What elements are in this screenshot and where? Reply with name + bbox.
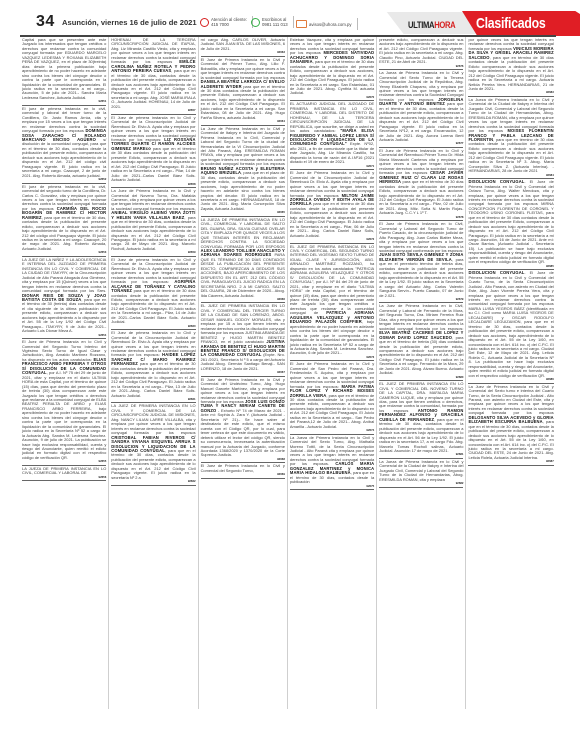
notice-text: mi cargo Abg. CARLOS OLIVER, Actuario Ju… (201, 37, 285, 51)
notice-text: para que en el término de 30 días contad… (111, 361, 195, 397)
notice-text: para que en el término de 30 días contad… (201, 84, 285, 120)
legal-notice: La Juez de Primera Instancia en lo Civil… (379, 303, 463, 381)
legal-notice: Esteban Vazquez, cita y emplaza por quin… (290, 37, 374, 101)
notice-text: , para que en el término de 30 días, con… (111, 68, 195, 109)
notice-text: para que en el término de 30 días contad… (379, 179, 463, 215)
notice-text: LA JUEZA DE PRIMERA INSTANCIA EN LO CIVI… (201, 217, 285, 249)
notice-code: 92651 (22, 100, 106, 103)
legal-notice: EL JUEZ DE PRIMERA INSTANCIA EN LO CIVIL… (290, 244, 374, 362)
divider (293, 16, 294, 28)
notice-code: 92679 (379, 298, 463, 301)
legal-notice: LA JUEZA DE PRIMERA INSTANCIA EN LO CIVI… (201, 217, 285, 304)
legal-notice: El Juez de Primera Instancia en lo Civil… (290, 170, 374, 243)
notice-text: , para que en término de 30 días contado… (468, 55, 553, 91)
legal-notice: La Juez de Primera Instancia en lo Civil… (468, 384, 553, 466)
notice-code: 92675 (290, 485, 374, 488)
notice-code: 92661 (111, 398, 195, 401)
phone-icon (200, 18, 209, 27)
notice-text: La Juez de Primera Instancia en lo Civil… (111, 188, 195, 211)
notice-code: 92685 (468, 265, 553, 268)
notice-code: 92687 (468, 460, 553, 463)
legal-notice: por quince veces los que tengan interés … (468, 37, 553, 97)
column-4: Esteban Vazquez, cita y emplaza por quin… (288, 37, 377, 709)
notice-code: 92654 (22, 334, 106, 337)
notice-text: , para que en el término de 30 días cont… (290, 393, 374, 429)
legal-notice: LA JUEZ DE PRIMERA INSTANCIA EN LO CIVIL… (111, 403, 195, 485)
legal-notice: El juez de primera instancia en lo civil… (22, 184, 106, 257)
legal-notice: El Juez de Primera Instancia en lo Civil… (379, 221, 463, 303)
notice-code: 92683 (468, 91, 553, 94)
notice-text: , por A.I. Nº 75 del 29 de junio de 2021… (22, 370, 106, 460)
column-5: presente edicto, comparezcan a deducir s… (377, 37, 466, 709)
notice-code: 92682 (379, 482, 463, 485)
notice-text: para que en el término de 30 días, conta… (379, 101, 463, 142)
notice-code: 92684 (468, 174, 553, 177)
notice-code: 92652 (22, 178, 106, 181)
notice-text: , para que en término de 30 días contado… (468, 137, 553, 173)
notice-text: para que en el término de 30 días contad… (111, 146, 195, 182)
notice-text: EL JUEZ DE PRIMERA INSTANCIA EN LO CIVIL… (201, 303, 285, 344)
notice-text: La Jueza de Primera Instancia en lo Civi… (379, 459, 463, 482)
legal-notice: LA JUEZA DE PRIMERA INSTANCIA EN LO CIVI… (22, 466, 106, 481)
notice-text: EDUARDO MARCELO VAZQUEZ LEDESMA Y ROXANA… (22, 50, 106, 100)
notice-code: 92663 (201, 51, 285, 54)
notice-text: La Juez de Primera Instancia en lo Civil… (468, 384, 553, 416)
legal-notice: presente edicto, comparezcan a deducir s… (379, 37, 463, 70)
notice-code: 92662 (111, 480, 195, 483)
notice-text: LA JUEZ DE LA NIÑEZ Y LA ADOLESCENCIA E … (22, 257, 106, 293)
notice-text: , para que en el término de 30 (treinta)… (22, 297, 106, 333)
legal-notice: El juez de primera instancia en lo civil… (22, 106, 106, 184)
notice-code: 92665 (201, 211, 285, 214)
legal-notice: La Jueza de Primera Instancia en lo Civi… (468, 97, 553, 179)
notice-text: s/ disolución de la comunidad conyugal, … (22, 137, 106, 178)
notice-text: El Juez de Primera Instancia en lo Civil… (201, 463, 285, 472)
notice-text: presente edicto, comparezcan a deducir s… (379, 37, 463, 64)
notice-code: 92672 (290, 238, 374, 241)
notice-code: 92671 (290, 165, 374, 168)
notice-code: 92680 (379, 376, 463, 379)
legal-notice: El Juez de Primera Instancia en lo Civil… (201, 377, 285, 464)
notice-text: La Juez de Primera Instancia en lo Civil… (379, 303, 463, 330)
legal-notice: Capital para que se presenten ante este … (22, 37, 106, 106)
notice-text: El Juez de Primera Instancia en lo Civil… (379, 221, 463, 253)
whatsapp-contact: Escribinos al0981 111 013 (251, 16, 294, 28)
notice-text: , para que en el término de 30 días cont… (290, 59, 374, 95)
notice-code: 92660 (111, 325, 195, 328)
notice-text: . El Juez de Primera Instancia en lo Civ… (468, 270, 553, 377)
legal-notice: La Jueza de Primera Instancia en lo Civi… (379, 70, 463, 148)
notice-text: , para que en el perentorio término de t… (379, 257, 463, 298)
notice-code: 92676 (379, 65, 463, 68)
legal-notice: El Juez de Primera Instancia en lo Civil… (201, 463, 285, 478)
notice-code: 92686 (468, 378, 553, 381)
notice-code: 92668 (201, 458, 285, 461)
envelope-icon (296, 20, 307, 28)
notice-text: EL JUEZ DE PRIMERA INSTANCIA EN LO CIVIL… (290, 244, 374, 316)
column-1: Capital para que se presenten ante este … (20, 37, 109, 709)
notice-code: 92653 (22, 251, 106, 254)
notice-text: El Juez de Primera Instancia en lo Civil… (201, 57, 285, 80)
notice-code: 92655 (22, 460, 106, 463)
notice-code: 92673 (290, 356, 374, 359)
notice-code: 92677 (379, 142, 463, 145)
notice-text: , para que en el plazo de 30 días, conta… (201, 170, 285, 211)
legal-notice: La Juez de Primera Instancia en lo Civil… (201, 126, 285, 217)
column-3: mi cargo Abg. CARLOS OLIVER, Actuario Ju… (199, 37, 288, 709)
notice-code: 92658 (111, 183, 195, 186)
column-6: por quince veces los que tengan interés … (466, 37, 555, 709)
legal-notice: El Juez de primera instancia en lo Civil… (111, 257, 195, 330)
column-2: HOHENAU DE LA TERCERA CIRCUNSCRIPCIÓN JU… (109, 37, 198, 709)
customer-service-contact: Atención al cliente:415 7000 (200, 16, 253, 28)
notice-text: , para que en el término de 30 días, con… (468, 419, 553, 460)
page-number: 34 (36, 13, 55, 31)
notice-code: 92674 (290, 429, 374, 432)
notice-text: La Juez de Primera Instancia en lo Civil… (201, 126, 285, 167)
notice-text: - Exhorto Nº 74 de Marzo de 2021 - Ante … (201, 408, 285, 458)
legal-notice: EL JUEZ DE PRIMERA INSTANCIA EN LO CIVIL… (201, 303, 285, 376)
notice-text: . El Juez de Primera Instancia en lo Civ… (468, 179, 553, 264)
classifieds-columns: Capital para que se presenten ante este … (20, 37, 556, 709)
legal-notice: EL JUEZ DE PRIMERA INSTANCIA EN LO CIVIL… (379, 381, 463, 459)
notice-code: 92681 (379, 453, 463, 456)
legal-notice: El Juez de primera instancia en lo Civil… (111, 115, 195, 188)
notice-text: , bajo apercibimiento de no poder hacerl… (290, 319, 374, 355)
divider (357, 18, 358, 30)
ultimahora-logo: ULTIMAHORA (408, 20, 455, 31)
notice-code: 92670 (290, 96, 374, 99)
notice-text: , para que en el término de 30 días, con… (22, 215, 106, 251)
legal-notice: DISOLUCION CONYUGAL. El Juez de Primera … (468, 270, 553, 383)
notice-text: para que en el término de 30 días contad… (111, 288, 195, 324)
legal-notice: mi cargo Abg. CARLOS OLIVER, Actuario Ju… (201, 37, 285, 57)
legal-notice: LA JUEZ DE LA NIÑEZ Y LA ADOLESCENCIA E … (22, 257, 106, 339)
notice-code: 92664 (201, 120, 285, 123)
legal-notice: La Jueza de Primera Instancia en lo Civi… (290, 435, 374, 490)
notice-text: LA JUEZA DE PRIMERA INSTANCIA EN LO CIVI… (22, 466, 106, 475)
legal-notice: La Jueza de Primera Instancia en lo Civi… (379, 459, 463, 488)
page-header: 34 Asunción, viernes 16 de julio de 2021… (0, 8, 580, 34)
notice-text: para que en el término de 30 días contad… (290, 201, 374, 237)
legal-notice: El Juez de Primera Instancia en lo Civil… (201, 57, 285, 126)
notice-text: , para que en el término de 30 días, con… (111, 215, 195, 251)
legal-notice: El Juez de Primera Instancia en lo Civil… (22, 339, 106, 466)
legal-notice: HOHENAU DE LA TERCERA CIRCUNSCRIPCIÓN JU… (111, 37, 195, 115)
legal-notice: La Juez de Primera Instancia en lo Civil… (111, 188, 195, 257)
legal-notice: El Juez de primera instancia en lo Civil… (111, 330, 195, 403)
notice-text: PARA QUE EL TÉRMINO DE 30 DÍAS CONTADOS … (201, 252, 285, 297)
legal-notice: DISOLUCION CONYUGAL. El Juez de Primera … (468, 179, 553, 270)
notice-code: 92669 (201, 473, 285, 476)
legal-notice: El Juez de Primera Instancia en lo Civil… (290, 361, 374, 434)
notice-code: 92678 (379, 216, 463, 219)
notice-code: 92659 (111, 251, 195, 254)
legal-notice: El Juez de Primera Instancia en lo Civil… (379, 148, 463, 221)
notice-text: , para que en el término de 30 días, con… (379, 417, 463, 453)
section-title: Clasificados (476, 15, 546, 32)
notice-text: LA JUEZ DE PRIMERA INSTANCIA EN LO CIVIL… (111, 403, 195, 435)
email-contact[interactable]: avisos@uhora.com.py (296, 18, 358, 30)
whatsapp-icon (251, 18, 260, 27)
notice-code: 92656 (22, 476, 106, 479)
legal-notice: EL ACTUARIO JUDICIAL DEL JUZGADO DE PRIM… (290, 101, 374, 170)
notice-code: 92657 (111, 109, 195, 112)
notice-text: , para que en el término de 30 días, con… (111, 448, 195, 480)
notice-code: 92667 (201, 371, 285, 374)
issue-date: Asunción, viernes 16 de julio de 2021 (62, 18, 197, 27)
notice-code: 92666 (201, 298, 285, 301)
notice-text: , para que en el término de treinta (30)… (379, 335, 463, 376)
